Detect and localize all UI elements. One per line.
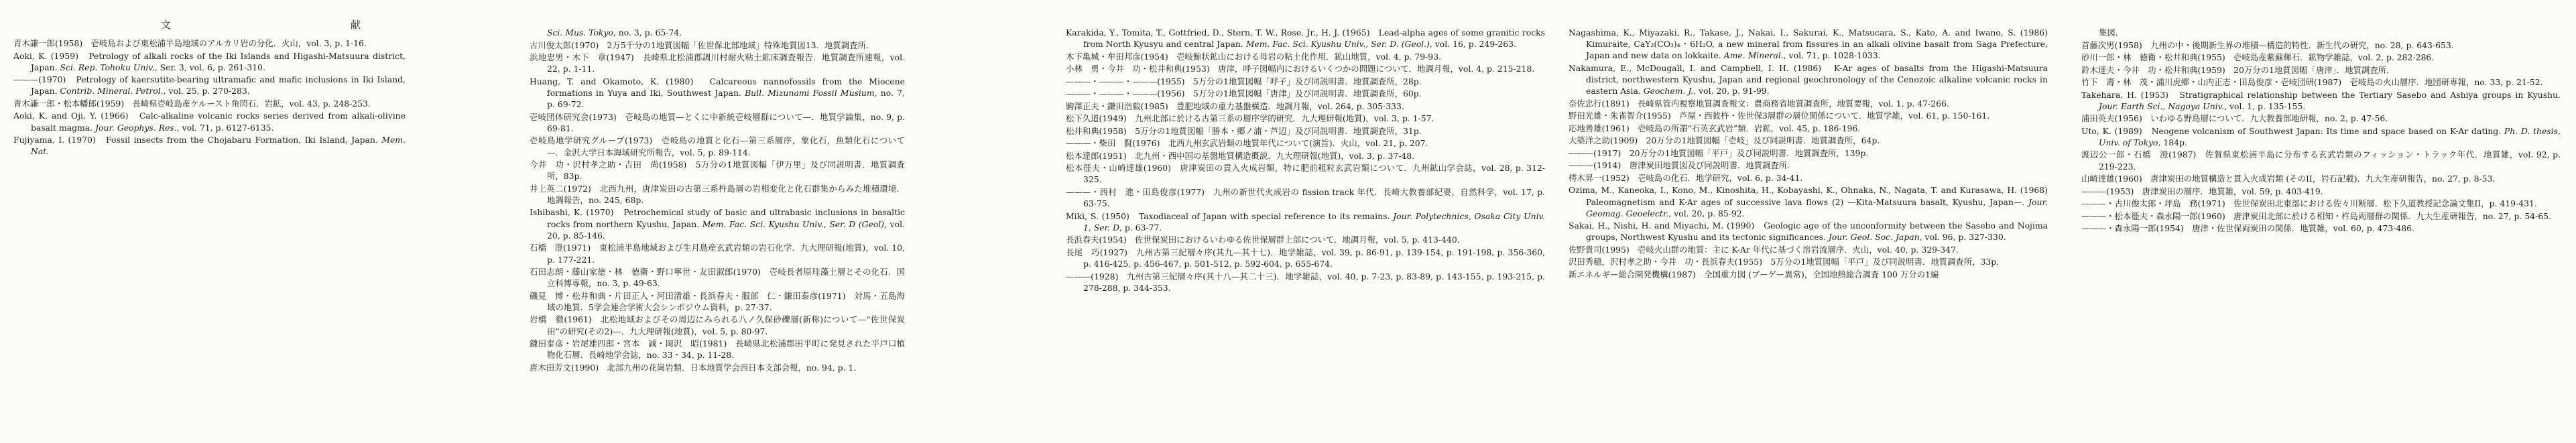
reference-text: ———・松本徰夫・森永陽一郎(1960) 唐津炭田北部に於ける相知・杵島両層群の…	[2081, 211, 2551, 221]
reference-text: 奈佐忠行(1891) 長崎県管内視察地質調査報文：農商務省地質調査所，地質要報，…	[1569, 99, 1949, 109]
reference-text: ———・古川俊太郎・坪島 務(1971) 佐世保炭田北東部における佐々川断層．松…	[2081, 198, 2537, 208]
reference-entry: 鈴木達夫・今井 功・松井和典(1959) 20万分の1地質図幅「唐津」．地質調査…	[2081, 64, 2561, 76]
reference-citation-details: , vol. 96, p. 327-330.	[1920, 232, 2006, 242]
reference-entry: ———(1928) 九州古第三紀層々序(其十八—其二十三)．地学雑誌，vol. …	[1066, 271, 1545, 294]
reference-text: Ozima, M., Kaneoka, I., Kono, M., Kinosh…	[1569, 185, 2056, 206]
reference-column-4: Nagashima, K., Miyazaki, R., Takase, J.,…	[1569, 27, 2048, 281]
reference-entry: 松井和典(1958) 5万分の1地質図幅「勝本・郷ノ浦・芦辺」及び同説明書．地質…	[1066, 125, 1545, 137]
reference-journal: Mem. Fac. Sci. Kyushu Univ., Ser. D (Geo…	[702, 219, 884, 229]
reference-text: 今井 功・沢村孝之助・吉田 尚(1958) 5万分の1地質図幅「伊万里」及び同説…	[530, 160, 905, 181]
reference-entry: Sci. Mus. Tokyo, no. 3, p. 65-74.	[530, 27, 905, 38]
reference-entry: 長尾 巧(1927) 九州古第三紀層々序(其九—其十七)．地学雑誌，vol. 3…	[1066, 247, 1545, 269]
reference-journal: Contrib. Mineral. Petrol.	[60, 86, 164, 96]
reference-text: 長尾 巧(1927) 九州古第三紀層々序(其九—其十七)．地学雑誌，vol. 3…	[1066, 247, 1545, 269]
reference-entry: 松下久道(1949) 九州北部に於ける古第三系の層序学的研究．九大理研報(地質)…	[1066, 113, 1545, 124]
reference-entry: Aoki, K. (1959) Petrology of alkali rock…	[13, 50, 406, 73]
reference-entry: Miki, S. (1950) Taxodiaceal of Japan wit…	[1066, 210, 1545, 233]
reference-text: 木下亀城・牟田邦彦(1954) 壱岐鯨状鉱山における母岩の粘土化作用．鉱山地質，…	[1066, 52, 1441, 62]
reference-entry: 佐野貴司(1995) 壱岐火山群の地質：主に K-Ar 年代に基づく溶岩流層序．…	[1569, 244, 2048, 255]
reference-text: 大築洋之助(1909) 20万分の1地質図幅「壱岐」及び同説明書．地質調査所，6…	[1569, 135, 1880, 145]
reference-entry: 浦田英夫(1956) いわゆる野島層について．九大教養部地研報，no. 2, p…	[2081, 113, 2561, 124]
reference-entry: ———・古川俊太郎・坪島 務(1971) 佐世保炭田北東部における佐々川断層．松…	[2081, 198, 2561, 209]
reference-citation-details: , p. 63-77.	[1119, 223, 1162, 233]
reference-entry: 浜地忠男・木下 章(1947) 長崎県北松浦郡調川村耐火粘土鉱床調査報告．地質調…	[530, 52, 905, 74]
reference-entry: 小林 勇・今井 功・松井和典(1953) 唐津，呼子図幅内におけるいくつかの問題…	[1066, 63, 1545, 74]
reference-entry: Ozima, M., Kaneoka, I., Kono, M., Kinosh…	[1569, 184, 2048, 219]
reference-entry: ———(1953) 唐津炭田の層序．地質雑，vol. 59, p. 403-41…	[2081, 186, 2561, 197]
reference-text: 沢田秀穂，沢村孝之助・今井 功・長浜春夫(1955) 5万分の1地質図幅「平戸」…	[1569, 257, 1999, 267]
reference-text: 山崎達雄(1960) 唐津炭田の地質構造と貫入火成岩類 (そのII，岩石記載)．…	[2081, 174, 2495, 184]
reference-entry: 今井 功・沢村孝之助・吉田 尚(1958) 5万分の1地質図幅「伊万里」及び同説…	[530, 159, 905, 182]
reference-entry: 岩橋 徹(1961) 北松地域およびその周辺にみられる八ノ久保砂礫層(新称)につ…	[530, 314, 905, 336]
reference-text: 石橋 澄(1971) 東松浦半島地域および生月島産玄武岩類の岩石化学．九大理研報…	[530, 243, 905, 264]
reference-text: 井上英二(1972) 北西九州，唐津炭田の古第三系杵島層の岩相変化と化石群集から…	[530, 184, 905, 205]
reference-text: 鎌田泰彦・岩尾雄四郎・宮本 誠・岡沢 昭(1981) 長崎県北松浦郡田平町に発見…	[530, 338, 905, 360]
reference-entry: 渡辺公一郎・石橋 澄(1987) 佐賀県東松浦半島に分布する玄武岩類のフィッショ…	[2081, 149, 2561, 172]
reference-column-3: Karakida, Y., Tomita, T., Gottfried, D.,…	[1066, 27, 1545, 294]
reference-entry: Nagashima, K., Miyazaki, R., Takase, J.,…	[1569, 27, 2048, 62]
heading-char-1: 文	[161, 17, 172, 31]
reference-column-2: Sci. Mus. Tokyo, no. 3, p. 65-74.古川俊太郎(1…	[530, 27, 905, 374]
reference-entry: Nakamura, E., McDougall, I. and Campbell…	[1569, 62, 2048, 97]
reference-text: 壱岐団体研究会(1973) 壱岐島の地質—とくに中新統壱岐層群について—．地質学…	[530, 112, 905, 133]
reference-entry: ———(1917) 20万分の1地質図幅「平戸」及び同説明書．地質調査所，139…	[1569, 147, 2048, 159]
reference-text: Takehara, H. (1953) Stratigraphical rela…	[2081, 90, 2561, 100]
reference-entry: 砂川一郎・林 徳衛・松井和典(1955) 壱岐島産紫蘇輝石．鉱物学雑誌，vol.…	[2081, 52, 2561, 63]
reference-text: 青木謙一郎(1958) 壱岐島および東松浦半島地域のアルカリ岩の分化．火山，vo…	[13, 38, 367, 48]
reference-text: 新エネルギー総合開発機構(1987) 全国重力図 (ブーゲー異常)，全国地熱総合…	[1569, 269, 1939, 279]
reference-column-1: 青木謙一郎(1958) 壱岐島および東松浦半島地域のアルカリ岩の分化．火山，vo…	[13, 38, 406, 158]
reference-text: ———・西村 進・田島俊彦(1977) 九州の新世代火成岩の fission t…	[1066, 187, 1545, 208]
reference-entry: 古川俊太郎(1970) 2万5千分の1地質図幅「佐世保北部地域」特殊地質図13．…	[530, 40, 905, 51]
reference-entry: Ishibashi, K. (1970) Petrochemical study…	[530, 206, 905, 241]
reference-entry: 壱岐団体研究会(1973) 壱岐島の地質—とくに中新統壱岐層群について—．地質学…	[530, 111, 905, 134]
reference-entry: 竹下 壽・林 茂・浦川虎郷・山内正志・田島俊彦・壱岐団研(1987) 壱岐島の火…	[2081, 76, 2561, 88]
reference-journal: Ame. Mineral.	[1724, 50, 1784, 60]
reference-text: 松井和典(1958) 5万分の1地質図幅「勝本・郷ノ浦・芦辺」及び同説明書．地質…	[1066, 126, 1422, 136]
reference-text: 鈴木達夫・今井 功・松井和典(1959) 20万分の1地質図幅「唐津」．地質調査…	[2081, 65, 2395, 75]
reference-journal: Bull. Mizunami Fossil Musium	[745, 88, 875, 98]
reference-entry: 木下亀城・牟田邦彦(1954) 壱岐鯨状鉱山における母岩の粘土化作用．鉱山地質，…	[1066, 51, 1545, 62]
reference-entry: 野田光雄・朱雀智介(1955) 芦屋・西彼杵・佐世保3層群の層位関係について．地…	[1569, 110, 2048, 121]
reference-text: 駒澤正夫・鎌田浩毅(1985) 豊肥地域の重力基盤構造．地調月報，vol. 26…	[1066, 101, 1404, 111]
reference-text: 古川俊太郎(1970) 2万5千分の1地質図幅「佐世保北部地域」特殊地質図13．…	[530, 40, 874, 50]
references-heading: 文 献	[161, 17, 362, 31]
reference-entry: Aoki, K. and Oji, Y. (1966) Calc-alkalin…	[13, 110, 406, 133]
reference-text: ———(1928) 九州古第三紀層々序(其十八—其二十三)．地学雑誌，vol. …	[1066, 271, 1545, 293]
reference-entry: ———・松本徰夫・森永陽一郎(1960) 唐津炭田北部に於ける相知・杵島両層群の…	[2081, 210, 2561, 222]
reference-text: 砂川一郎・林 徳衛・松井和典(1955) 壱岐島産紫蘇輝石．鉱物学雑誌，vol.…	[2081, 52, 2434, 62]
reference-citation-details: , Ser. 3, vol. 6, p. 261-310.	[155, 62, 265, 72]
reference-entry: 沢田秀穂，沢村孝之助・今井 功・長浜春夫(1955) 5万分の1地質図幅「平戸」…	[1569, 256, 2048, 267]
reference-text: Fujiyama, I. (1970) Fossil insects from …	[13, 135, 381, 145]
reference-text: ———(1914) 唐津炭田地質図及び同説明書．地質調査所．	[1569, 160, 1796, 170]
reference-entry: ———(1914) 唐津炭田地質図及び同説明書．地質調査所．	[1569, 160, 2048, 171]
reference-entry: ———・柴田 賢(1976) 北西九州玄武岩類の地質年代について(演旨)．火山，…	[1066, 137, 1545, 149]
reference-entry: Huang, T. and Okamoto, K. (1980) Calcare…	[530, 76, 905, 111]
reference-entry: 応地善雄(1961) 壱岐島の所謂“石英玄武岩”類．岩鉱，vol. 45, p.…	[1569, 123, 2048, 134]
reference-entry: Karakida, Y., Tomita, T., Gottfried, D.,…	[1066, 27, 1545, 50]
reference-citation-details: , vol. 1, p. 135-155.	[2224, 101, 2305, 111]
reference-citation-details: , vol. 20, p. 85-92.	[1668, 208, 1744, 218]
reference-entry: 石田志朗・藤山家徳・林 徳衛・野口寧世・友田淑郎(1970) 壱岐長者原珪藻土層…	[530, 266, 905, 289]
reference-journal: Geochem. J.	[1644, 86, 1694, 96]
reference-text: 石田志朗・藤山家徳・林 徳衛・野口寧世・友田淑郎(1970) 壱岐長者原珪藻土層…	[530, 267, 905, 288]
reference-entry: 鎌田泰彦・岩尾雄四郎・宮本 誠・岡沢 昭(1981) 長崎県北松浦郡田平町に発見…	[530, 338, 905, 361]
reference-text: ———・柴田 賢(1976) 北西九州玄武岩類の地質年代について(演旨)．火山，…	[1066, 138, 1428, 148]
reference-entry: 山崎達雄(1960) 唐津炭田の地質構造と貫入火成岩類 (そのII，岩石記載)．…	[2081, 173, 2561, 184]
reference-text: 松下久道(1949) 九州北部に於ける古第三系の層序学的研究．九大理研報(地質)…	[1066, 113, 1434, 123]
reference-citation-details: , no. 3, p. 65-74.	[613, 27, 682, 38]
reference-text: ———・———・———(1955) 5万分の1地質図幅「呼子」及び同説明書．地質…	[1066, 76, 1422, 86]
reference-entry: 青木謙一郎・松本幡郎(1959) 長崎県壱岐島産ケルースト角閃石．岩鉱，vol.…	[13, 98, 406, 109]
reference-entry: ———(1970) Petrology of kaersutite-bearin…	[13, 74, 406, 97]
reference-text: 長浜春夫(1954) 佐世保炭田におけるいわゆる佐世保層群上部について．地調月報…	[1066, 235, 1460, 245]
reference-journal: Jour. Geophys. Res.	[95, 123, 177, 133]
reference-text: 壱岐島地学研究グループ(1973) 壱岐島の地質と化石—第三系層序，象化石，魚類…	[530, 135, 905, 157]
reference-journal: Mem. Fac. Sci. Kyushu Univ., Ser. D. (Ge…	[1246, 39, 1430, 49]
reference-entry: 松本達郎(1951) 北九州・西中国の基盤地質構造概説．九大理研報(地質)，vo…	[1066, 150, 1545, 162]
reference-text: 浦田英夫(1956) いわゆる野島層について．九大教養部地研報，no. 2, p…	[2081, 113, 2388, 123]
reference-entry: 集図．	[2081, 27, 2561, 38]
reference-entry: 首藤次男(1958) 九州の中・後期新生界の堆積—構造的特性．新生代の研究，no…	[2081, 40, 2561, 51]
reference-citation-details: , vol. 25, p. 270-283.	[164, 86, 250, 96]
reference-citation-details: , vol. 20, p. 91-99.	[1693, 86, 1769, 96]
reference-entry: 長浜春夫(1954) 佐世保炭田におけるいわゆる佐世保層群上部について．地調月報…	[1066, 234, 1545, 245]
reference-text: 磯見 博・松井和典・片田正人・河田清雄・長浜春夫・服部 仁・鎌田泰彦(1971)…	[530, 291, 905, 312]
references-page: 文 献 青木謙一郎(1958) 壱岐島および東松浦半島地域のアルカリ岩の分化．火…	[0, 0, 2576, 443]
reference-text: 佐野貴司(1995) 壱岐火山群の地質：主に K-Ar 年代に基づく溶岩流層序．…	[1569, 245, 1959, 255]
reference-text: 松本徰夫・山崎達雄(1960) 唐津炭田の貫入火成岩類，特に肥前粗粒玄武岩類につ…	[1066, 163, 1545, 184]
reference-text: 唐木田芳文(1990) 北部九州の花崗岩類．日本地質学会西日本支部会報，no. …	[530, 363, 856, 373]
reference-entry: 大築洋之助(1909) 20万分の1地質図幅「壱岐」及び同説明書．地質調査所，6…	[1569, 135, 2048, 146]
reference-entry: Sakai, H., Nishi, H. and Miyachi, M. (19…	[1569, 220, 2048, 243]
reference-entry: ———・西村 進・田島俊彦(1977) 九州の新世代火成岩の fission t…	[1066, 186, 1545, 209]
reference-column-5: 集図．首藤次男(1958) 九州の中・後期新生界の堆積—構造的特性．新生代の研究…	[2081, 27, 2561, 235]
reference-journal: Jour. Earth Sci., Nagoya Univ.	[2099, 101, 2224, 111]
heading-char-2: 献	[351, 17, 362, 31]
reference-entry: Fujiyama, I. (1970) Fossil insects from …	[13, 134, 406, 157]
reference-text: 小林 勇・今井 功・松井和典(1953) 唐津，呼子図幅内におけるいくつかの問題…	[1066, 64, 1534, 74]
reference-text: 渡辺公一郎・石橋 澄(1987) 佐賀県東松浦半島に分布する玄武岩類のフィッショ…	[2081, 149, 2561, 171]
reference-entry: 松本徰夫・山崎達雄(1960) 唐津炭田の貫入火成岩類，特に肥前粗粒玄武岩類につ…	[1066, 162, 1545, 185]
reference-entry: 唐木田芳文(1990) 北部九州の花崗岩類．日本地質学会西日本支部会報，no. …	[530, 362, 905, 373]
reference-text: 浜地忠男・木下 章(1947) 長崎県北松浦郡調川村耐火粘土鉱床調査報告．地質調…	[530, 52, 905, 74]
reference-entry: 壱岐島地学研究グループ(1973) 壱岐島の地質と化石—第三系層序，象化石，魚類…	[530, 135, 905, 157]
reference-entry: 奈佐忠行(1891) 長崎県管内視察地質調査報文：農商務省地質調査所，地質要報，…	[1569, 98, 2048, 109]
reference-text: ———(1917) 20万分の1地質図幅「平戸」及び同説明書．地質調査所，139…	[1569, 148, 1868, 158]
reference-entry: 石橋 澄(1971) 東松浦半島地域および生月島産玄武岩類の岩石化学．九大理研報…	[530, 242, 905, 265]
reference-entry: 青木謙一郎(1958) 壱岐島および東松浦半島地域のアルカリ岩の分化．火山，vo…	[13, 38, 406, 49]
reference-text: Uto, K. (1989) Neogene volcanism of Sout…	[2081, 126, 2504, 136]
reference-entry: 井上英二(1972) 北西九州，唐津炭田の古第三系杵島層の岩相変化と化石群集から…	[530, 183, 905, 206]
reference-text: ———・森永陽一郎(1954) 唐津・佐世保両炭田の関係．地質雑，vol. 60…	[2081, 223, 2414, 233]
reference-citation-details: , 184p.	[2158, 137, 2187, 147]
reference-text: Miki, S. (1950) Taxodiaceal of Japan wit…	[1066, 211, 1393, 221]
reference-text: 竹下 壽・林 茂・浦川虎郷・山内正志・田島俊彦・壱岐団研(1987) 壱岐島の火…	[2081, 77, 2543, 87]
reference-journal: Sci. Rep. Tohoku Univ.	[60, 62, 155, 72]
reference-text: 青木謙一郎・松本幡郎(1959) 長崎県壱岐島産ケルースト角閃石．岩鉱，vol.…	[13, 99, 371, 109]
reference-text: ———・———・———(1956) 5万分の1地質図幅「唐津」及び同説明書．地質…	[1066, 88, 1422, 99]
reference-entry: 磯見 博・松井和典・片田正人・河田清雄・長浜春夫・服部 仁・鎌田泰彦(1971)…	[530, 290, 905, 313]
reference-citation-details: , vol. 71, p. 6127-6135.	[177, 123, 274, 133]
reference-journal: Jour. Geol. Soc. Japan	[1829, 232, 1920, 242]
reference-citation-details: , vol. 16, p. 249-263.	[1430, 39, 1516, 49]
reference-entry: ———・———・———(1955) 5万分の1地質図幅「呼子」及び同説明書．地質…	[1066, 76, 1545, 87]
reference-text: 野田光雄・朱雀智介(1955) 芦屋・西彼杵・佐世保3層群の層位関係について．地…	[1569, 111, 1989, 121]
reference-entry: Takehara, H. (1953) Stratigraphical rela…	[2081, 89, 2561, 112]
reference-entry: 駒澤正夫・鎌田浩毅(1985) 豊肥地域の重力基盤構造．地調月報，vol. 26…	[1066, 101, 1545, 112]
reference-text: 応地善雄(1961) 壱岐島の所謂“石英玄武岩”類．岩鉱，vol. 45, p.…	[1569, 123, 1860, 133]
reference-text: 岩橋 徹(1961) 北松地域およびその周辺にみられる八ノ久保砂礫層(新称)につ…	[530, 314, 905, 336]
reference-entry: 新エネルギー総合開発機構(1987) 全国重力図 (ブーゲー異常)，全国地熱総合…	[1569, 269, 2048, 280]
reference-text: Nakamura, E., McDougall, I. and Campbell…	[1569, 63, 2048, 96]
reference-text: 首藤次男(1958) 九州の中・後期新生界の堆積—構造的特性．新生代の研究，no…	[2081, 40, 2454, 50]
reference-entry: ———・———・———(1956) 5万分の1地質図幅「唐津」及び同説明書．地質…	[1066, 88, 1545, 99]
reference-entry: Uto, K. (1989) Neogene volcanism of Sout…	[2081, 125, 2561, 148]
reference-text: ———(1953) 唐津炭田の層序．地質雑，vol. 59, p. 403-41…	[2081, 186, 2323, 196]
reference-entry: ———・森永陽一郎(1954) 唐津・佐世保両炭田の関係．地質雑，vol. 60…	[2081, 223, 2561, 234]
reference-entry: 樗木昇一(1952) 壱岐島の化石．地学研究，vol. 6, p. 34-41.	[1569, 172, 2048, 184]
reference-journal: Sci. Mus. Tokyo	[547, 27, 613, 38]
reference-citation-details: , vol. 71, p. 1028-1033.	[1784, 50, 1881, 60]
reference-text: 松本達郎(1951) 北九州・西中国の基盤地質構造概説．九大理研報(地質)，vo…	[1066, 151, 1414, 161]
reference-text: 樗木昇一(1952) 壱岐島の化石．地学研究，vol. 6, p. 34-41.	[1569, 173, 1802, 183]
reference-text: 集図．	[2099, 27, 2124, 38]
